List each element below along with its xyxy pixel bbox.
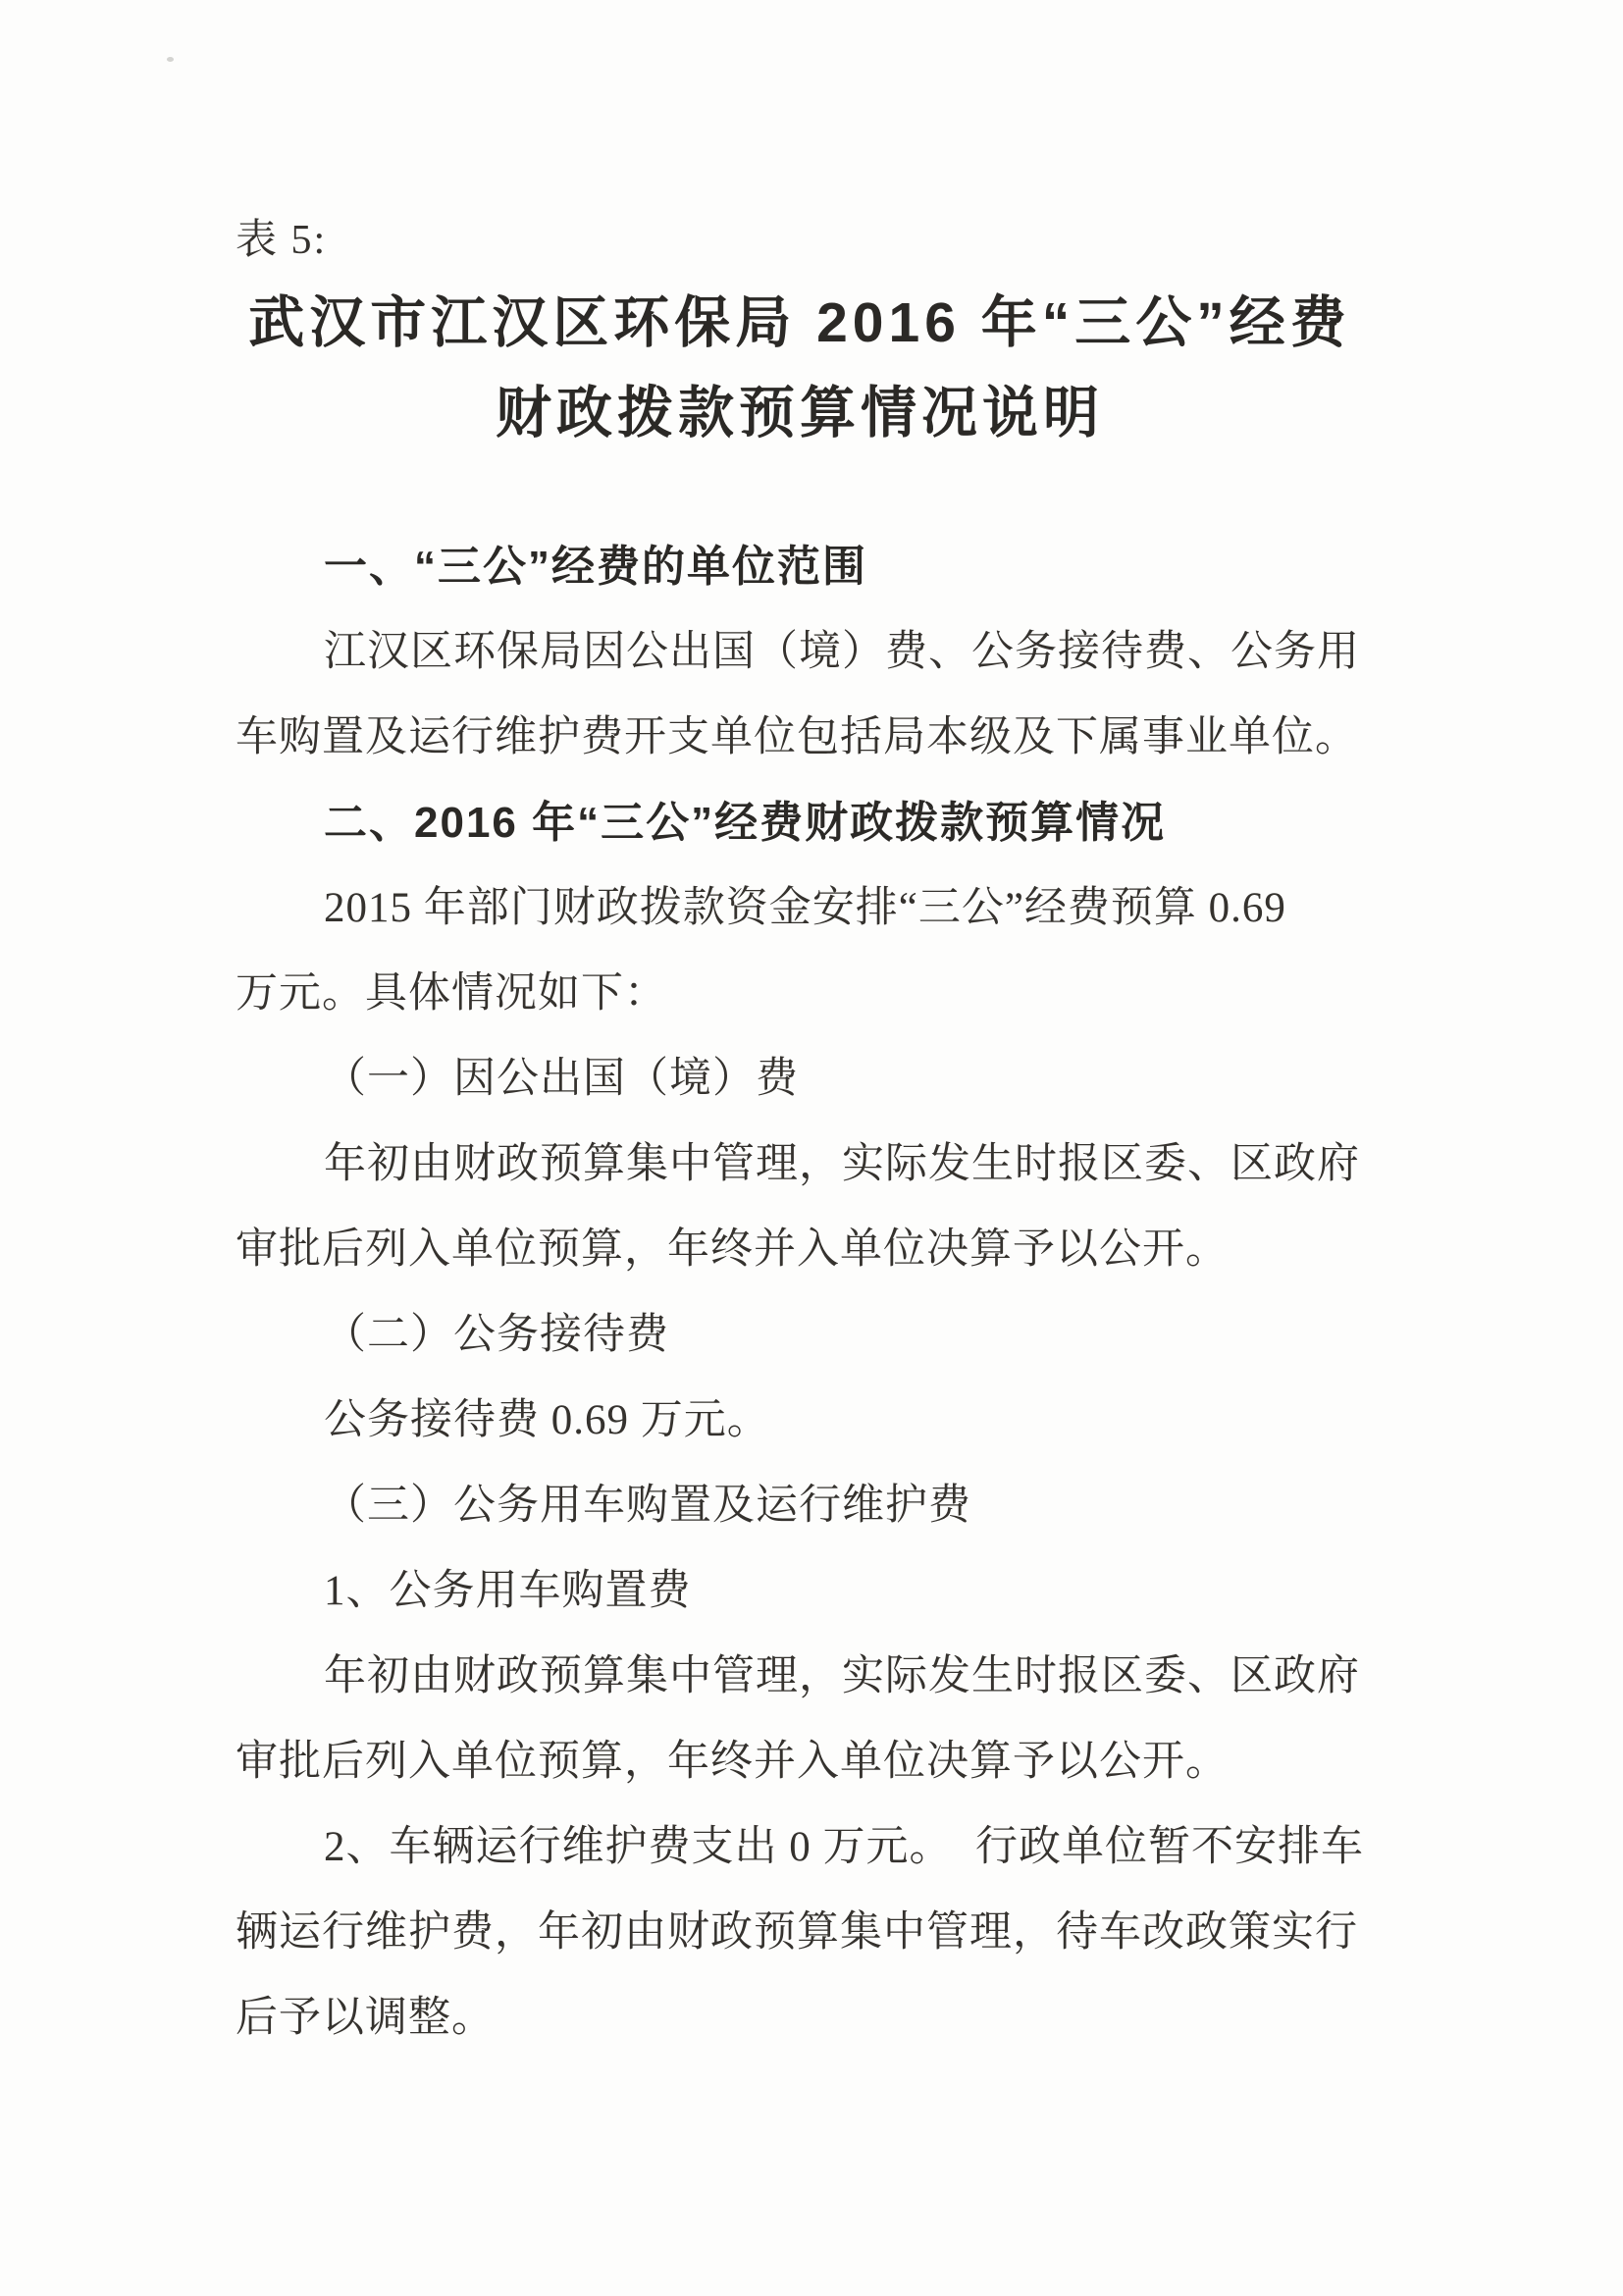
- document-title: 武汉市江汉区环保局 2016 年“三公”经费 财政拨款预算情况说明: [236, 278, 1364, 458]
- section-1-heading: 一、“三公”经费的单位范围: [236, 524, 1364, 609]
- item-2-text-line-2: 辆运行维护费，年初由财政预算集中管理，待车改政策实行: [236, 1890, 1364, 1975]
- subsection-1-heading: （一）因公出国（境）费: [236, 1036, 1364, 1122]
- document-title-line-2: 财政拨款预算情况说明: [236, 368, 1364, 458]
- document-body: 一、“三公”经费的单位范围 江汉区环保局因公出国（境）费、公务接待费、公务用 车…: [236, 524, 1364, 2061]
- item-2-text-line-3: 后予以调整。: [236, 1975, 1364, 2061]
- subsection-1-text-line-1: 年初由财政预算集中管理，实际发生时报区委、区政府: [236, 1122, 1364, 1207]
- table-label: 表 5:: [236, 216, 1364, 265]
- item-1-text-line-2: 审批后列入单位预算，年终并入单位决算予以公开。: [236, 1719, 1364, 1804]
- item-2-text-line-1: 2、车辆运行维护费支出 0 万元。 行政单位暂不安排车: [236, 1804, 1364, 1890]
- subsection-1-text-line-2: 审批后列入单位预算，年终并入单位决算予以公开。: [236, 1207, 1364, 1292]
- item-1-text-line-1: 年初由财政预算集中管理，实际发生时报区委、区政府: [236, 1634, 1364, 1719]
- section-2-intro-line-2: 万元。具体情况如下：: [236, 951, 1364, 1036]
- subsection-3-heading: （三）公务用车购置及运行维护费: [236, 1463, 1364, 1548]
- document-text-block: 表 5: 武汉市江汉区环保局 2016 年“三公”经费 财政拨款预算情况说明 一…: [236, 0, 1364, 2061]
- scan-artifact-dot: [167, 57, 174, 62]
- subsection-2-heading: （二）公务接待费: [236, 1292, 1364, 1378]
- document-title-line-1: 武汉市江汉区环保局 2016 年“三公”经费: [236, 278, 1364, 368]
- section-2-heading: 二、2016 年“三公”经费财政拨款预算情况: [236, 780, 1364, 865]
- item-1-heading: 1、公务用车购置费: [236, 1548, 1364, 1634]
- section-1-text-line-2: 车购置及运行维护费开支单位包括局本级及下属事业单位。: [236, 695, 1364, 780]
- document-page: 表 5: 武汉市江汉区环保局 2016 年“三公”经费 财政拨款预算情况说明 一…: [0, 0, 1623, 2296]
- section-1-text-line-1: 江汉区环保局因公出国（境）费、公务接待费、公务用: [236, 609, 1364, 695]
- subsection-2-text: 公务接待费 0.69 万元。: [236, 1378, 1364, 1463]
- section-2-intro-line-1: 2015 年部门财政拨款资金安排“三公”经费预算 0.69: [236, 865, 1364, 951]
